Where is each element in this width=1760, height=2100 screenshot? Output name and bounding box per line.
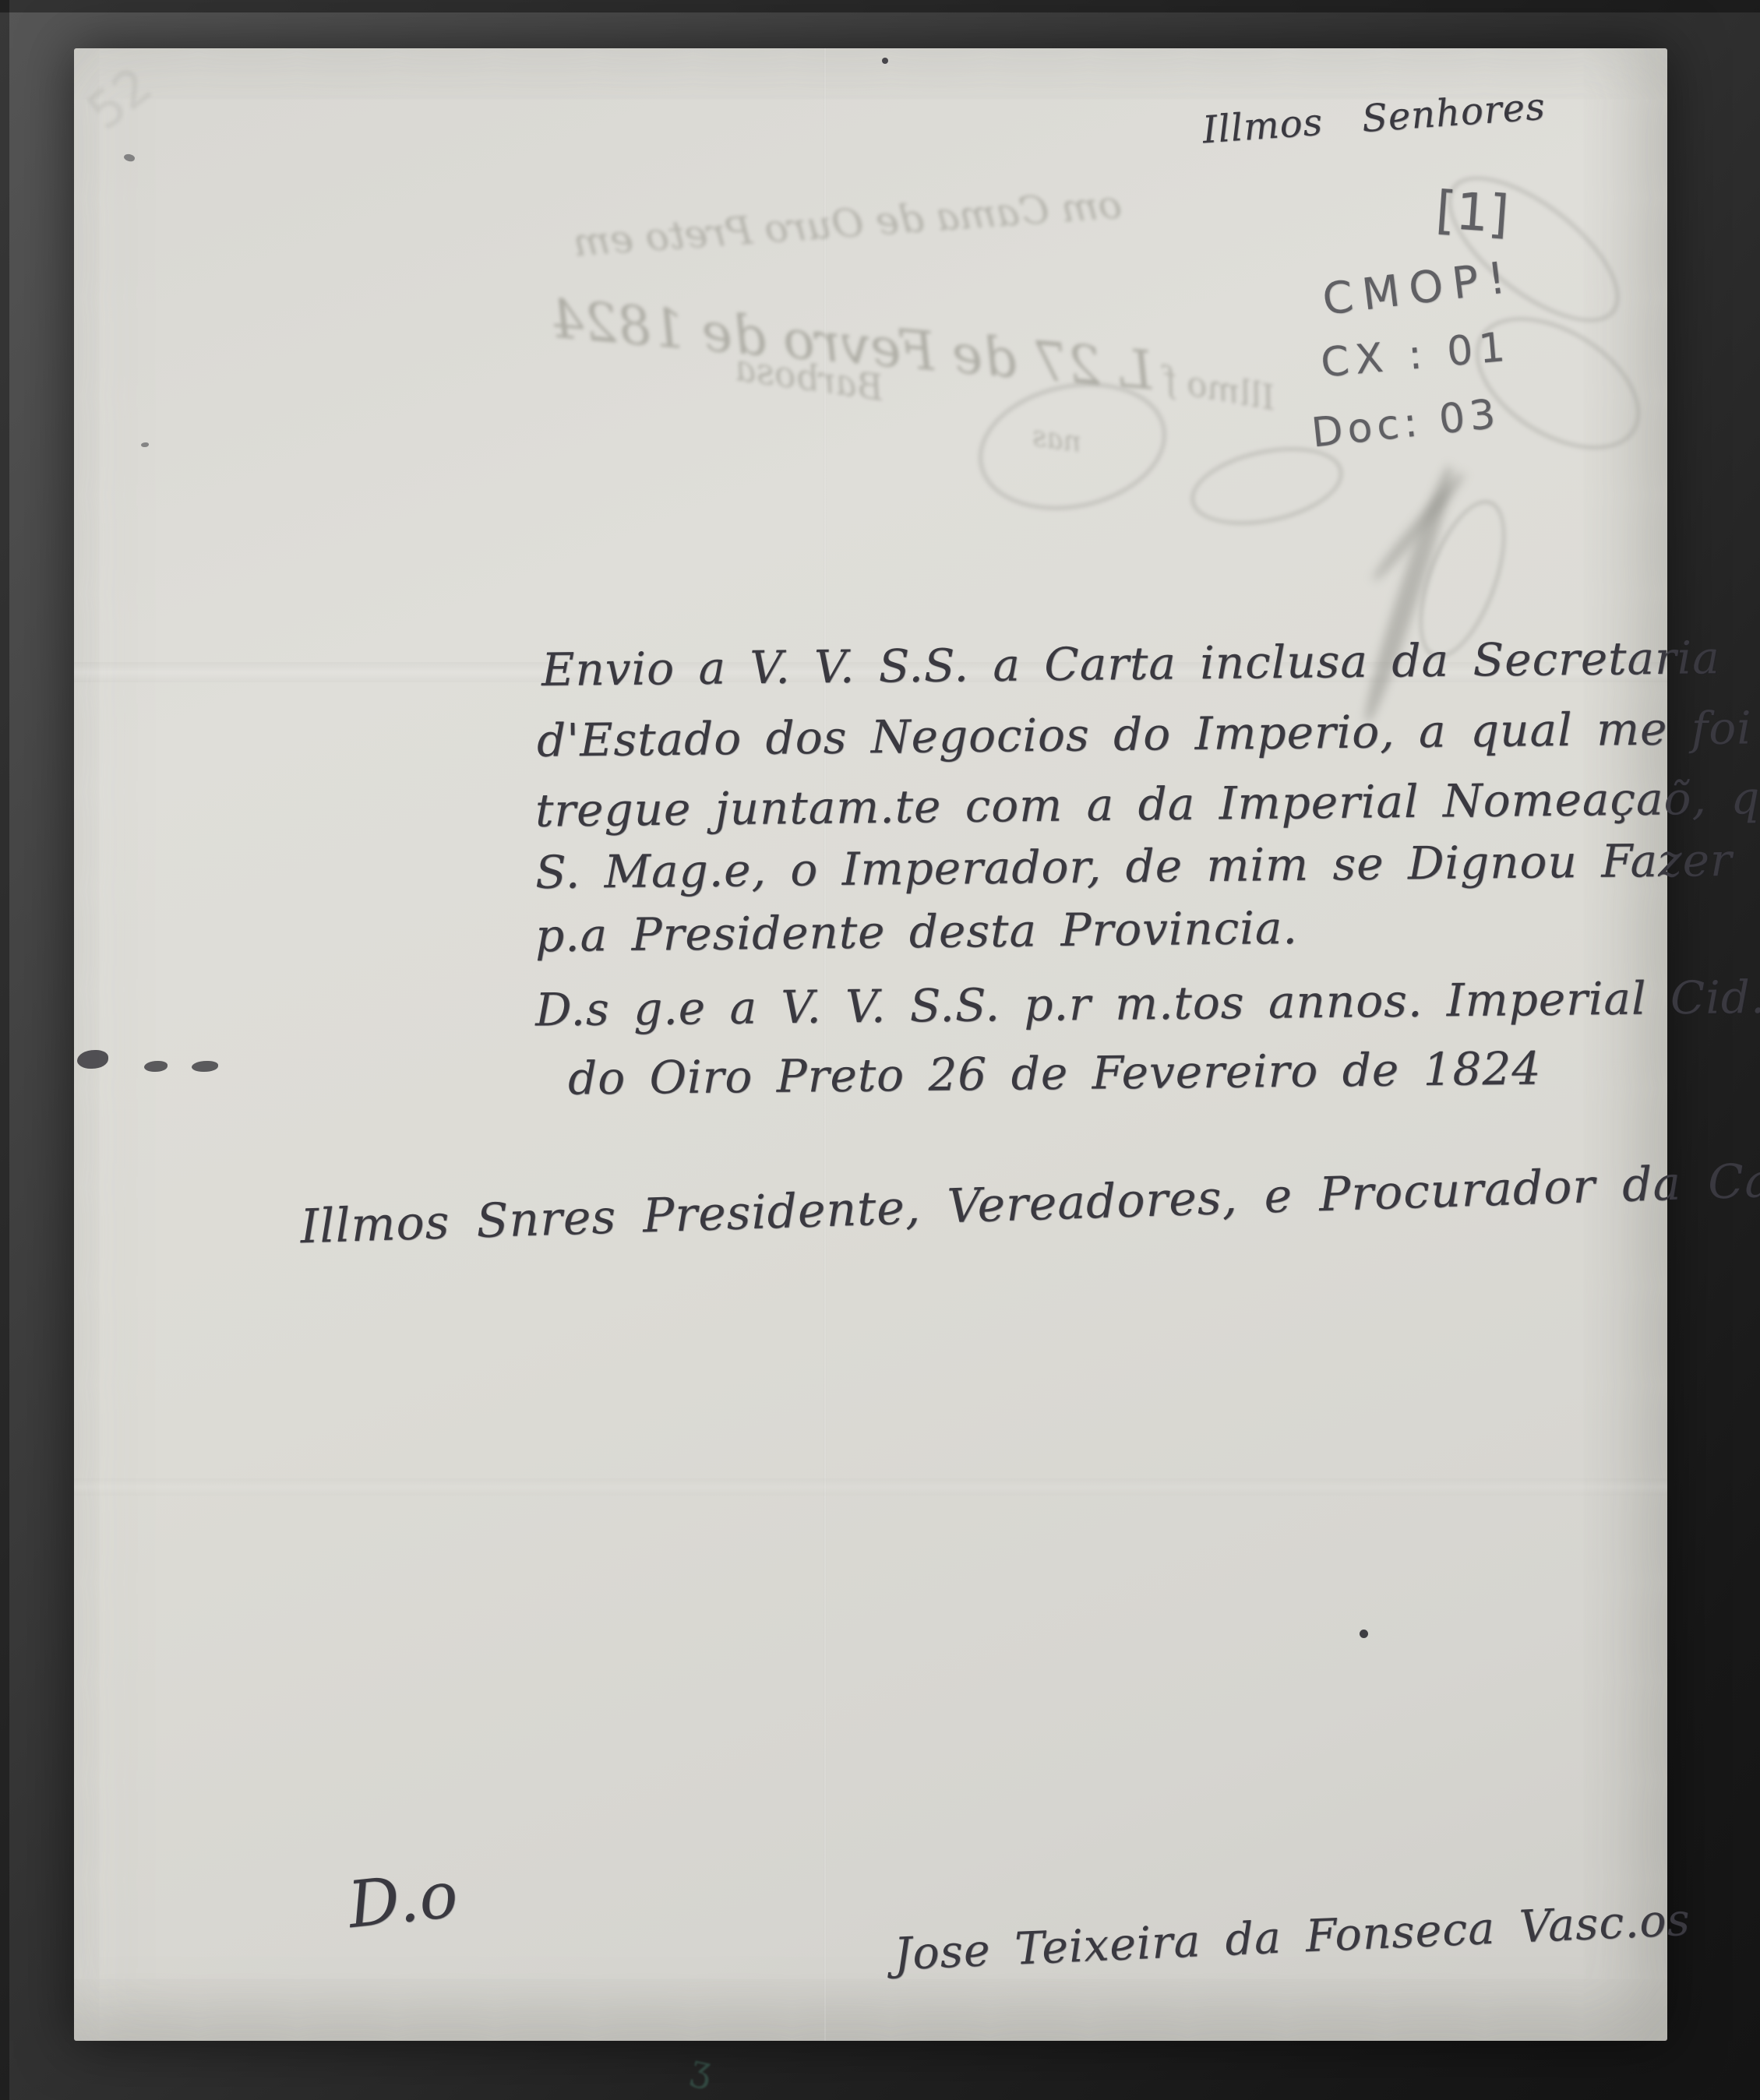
faint-pencil-scribble: 52 (77, 57, 163, 141)
body-line: S. Mag.e, o Imperador, de mim se Dignou … (535, 833, 1733, 899)
ink-speck (123, 153, 136, 163)
ink-speck (192, 1061, 218, 1072)
signature: Jose Teixeira da Fonseca Vasc.os (893, 1894, 1691, 1981)
body-line: d'Estado dos Negocios do Imperio, a qual… (537, 700, 1760, 766)
bleedthrough-oval-word: nas (1030, 421, 1083, 459)
ink-speck (1360, 1630, 1368, 1638)
body-line: Envio a V. V. S.S. a Carta inclusa da Se… (541, 631, 1720, 696)
background-top-shadow (0, 0, 1760, 12)
address-line: Illmos Snres Presidente, Vereadores, e P… (299, 1150, 1760, 1254)
body-line: tregue juntam.te com a da Imperial Nomea… (535, 770, 1760, 837)
ink-speck (141, 442, 149, 447)
scanned-document: 52 om Cama de Ouro Preto em L 27 de Fevr… (0, 0, 1760, 2100)
bleedthrough-word: Illmo f (1161, 360, 1279, 418)
fonds-code: CMOP! (1320, 252, 1518, 326)
body-line: D.s g.e a V. V. S.S. p.r m.tos annos. Im… (535, 971, 1760, 1037)
horizontal-fold-crease (74, 1478, 1667, 1496)
document-page: 52 om Cama de Ouro Preto em L 27 de Fevr… (74, 48, 1667, 2041)
ink-speck (144, 1061, 168, 1072)
body-line: do Oiro Preto 26 de Fevereiro de 1824 (568, 1041, 1542, 1105)
body-line: p.a Presidente desta Provincia. (535, 901, 1298, 962)
background-left-shadow (0, 0, 9, 2100)
salutation-top: Illmos Senhores (1201, 85, 1547, 153)
ink-speck (77, 1050, 108, 1069)
bleedthrough-loop (1453, 291, 1663, 477)
bleedthrough-line: om Cama de Ouro Preto em (572, 181, 1123, 265)
doc-code: Doc: 03 (1310, 390, 1503, 456)
page-number-marker: [1] (1434, 180, 1511, 245)
docket-abbreviation: D.o (344, 1858, 461, 1943)
ink-speck (882, 58, 888, 64)
